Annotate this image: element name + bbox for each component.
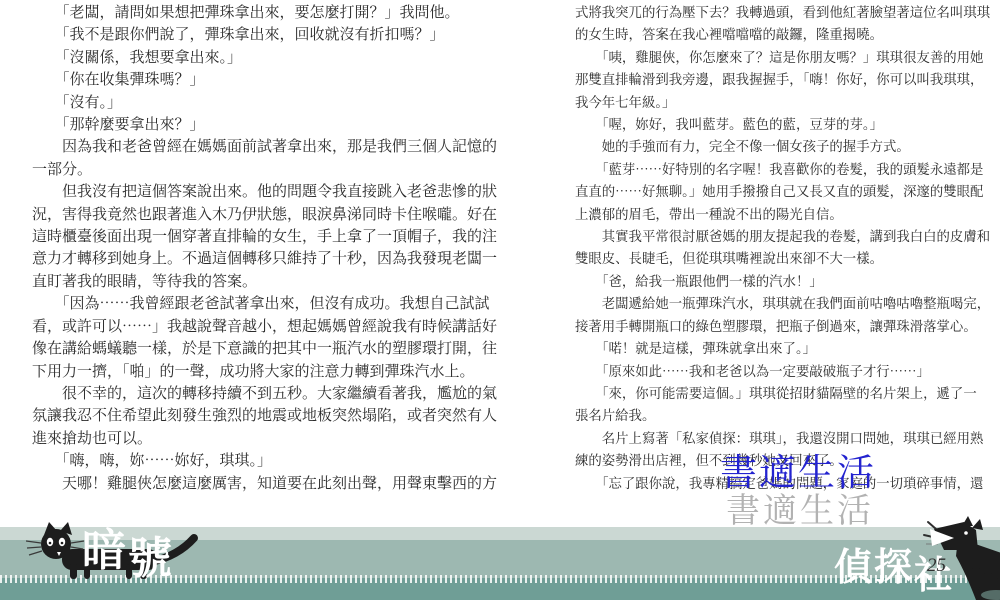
text-line: 一部分。	[32, 159, 486, 181]
logo-char: 探	[874, 536, 914, 591]
watermark-gray: 書適生活	[726, 483, 874, 532]
text-line: 天哪！雞腿俠怎麼這麼厲害，知道要在此刻出聲，用聲東擊西的方	[32, 473, 486, 495]
text-line: 「咦，雞腿俠，你怎麼來了？這是你朋友嗎？」琪琪很友善的用她	[575, 47, 979, 69]
text-line: 「喔，妳好，我叫藍芽。藍色的藍，豆芽的芽。」	[575, 114, 979, 136]
page-number: 25	[927, 555, 946, 577]
text-line: 直直的⋯⋯好無聊。」她用手撥撥自己又長又直的頭髮，深邃的雙眼配	[575, 181, 979, 203]
text-line: 老闆遞給她一瓶彈珠汽水，琪琪就在我們面前咕嚕咕嚕整瓶喝完，	[575, 293, 979, 315]
footer-title-anhao: 暗號	[82, 514, 174, 578]
text-line: 像在講給螞蟻聽一樣，於是下意識的把其中一瓶汽水的塑膠環打開，往	[32, 338, 486, 360]
text-line: 其實我平常很討厭爸媽的朋友提起我的卷髮，講到我白白的皮膚和	[575, 226, 979, 248]
text-line: 這時櫃臺後面出現一個穿著直排輪的女生，手上拿了一頂帽子，我的注	[32, 226, 486, 248]
text-line: 「原來如此⋯⋯我和老爸以為一定要敲破瓶子才行⋯⋯」	[575, 361, 979, 383]
text-line: 「我不是跟你們說了，彈珠拿出來，回收就沒有折扣嗎？」	[32, 24, 486, 46]
text-line: 況，害得我竟然也跟著進入木乃伊狀態，眼淚鼻涕同時卡住喉嚨。好在	[32, 204, 486, 226]
text-line: 「喏！就是這樣，彈珠就拿出來了。」	[575, 338, 979, 360]
text-line: 因為我和老爸曾經在媽媽面前試著拿出來，那是我們三個人記憶的	[32, 136, 486, 158]
text-line: 意力才轉移到她身上。不過這個轉移只維持了十秒，因為我發現老闆一	[32, 248, 486, 270]
text-line: 上濃郁的眉毛，帶出一種說不出的陽光自信。	[575, 204, 979, 226]
text-line: 「因為⋯⋯我曾經跟老爸試著拿出來，但沒有成功。我想自己試試	[32, 293, 486, 315]
text-line: 「沒關係，我想要拿出來。」	[32, 47, 486, 69]
book-spread: 「老闆，請問如果想把彈珠拿出來，要怎麼打開？」我問他。 「我不是跟你們說了，彈珠…	[0, 0, 1000, 600]
text-line: 那雙直排輪滑到我旁邊，跟我握握手，「嗨！你好，你可以叫我琪琪，	[575, 69, 979, 91]
text-line: 「你在收集彈珠嗎？」	[32, 69, 486, 91]
text-line: 下用力一擠，「啪」的一聲，成功將大家的注意力轉到彈珠汽水上。	[32, 361, 486, 383]
text-line: 的女生時，答案在我心裡噹噹噹的敲鑼，隆重揭曉。	[575, 24, 979, 46]
text-line: 「來，你可能需要這個。」琪琪從招財貓隔壁的名片架上，遞了一	[575, 383, 979, 405]
logo-char: 偵	[834, 536, 874, 591]
text-line: 進來搶劫也可以。	[32, 428, 486, 450]
text-line: 接著用手轉開瓶口的綠色塑膠環，把瓶子倒過來，讓彈珠滑落掌心。	[575, 316, 979, 338]
text-line: 雙眼皮、長睫毛，但從琪琪嘴裡說出來卻不大一樣。	[575, 248, 979, 270]
text-line: 直盯著我的眼睛，等待我的答案。	[32, 271, 486, 293]
text-line: 「老闆，請問如果想把彈珠拿出來，要怎麼打開？」我問他。	[32, 2, 486, 24]
logo-char: 號	[128, 522, 174, 586]
text-line: 「爸，給我一瓶跟他們一樣的汽水！」	[575, 271, 979, 293]
logo-char: 暗	[82, 514, 128, 578]
text-line: 「那幹麼要拿出來？」	[32, 114, 486, 136]
text-line: 氛讓我忍不住希望此刻發生強烈的地震或地板突然塌陷，或者突然有人	[32, 405, 486, 427]
left-page-text: 「老闆，請問如果想把彈珠拿出來，要怎麼打開？」我問他。 「我不是跟你們說了，彈珠…	[32, 2, 486, 495]
right-page-text: 式將我突兀的行為壓下去？我轉過頭，看到他紅著臉望著這位名叫琪琪的女生時，答案在我…	[575, 2, 979, 495]
text-line: 但我沒有把這個答案說出來。他的問題令我直接跳入老爸悲慘的狀	[32, 181, 486, 203]
text-line: 「沒有。」	[32, 92, 486, 114]
text-line: 我今年七年級。」	[575, 92, 979, 114]
text-line: 「藍芽⋯⋯好特別的名字喔！我喜歡你的卷髮，我的頭髮永遠都是	[575, 159, 979, 181]
text-line: 很不幸的，這次的轉移持續不到五秒。大家繼續看著我，尷尬的氣	[32, 383, 486, 405]
text-line: 張名片給我。	[575, 405, 979, 427]
text-line: 她的手強而有力，完全不像一個女孩子的握手方式。	[575, 136, 979, 158]
text-line: 「嗨，嗨，妳⋯⋯妳好，琪琪。」	[32, 450, 486, 472]
text-line: 式將我突兀的行為壓下去？我轉過頭，看到他紅著臉望著這位名叫琪琪	[575, 2, 979, 24]
text-line: 看，或許可以⋯⋯」我越說聲音越小，想起媽媽曾經說我有時候講話好	[32, 316, 486, 338]
